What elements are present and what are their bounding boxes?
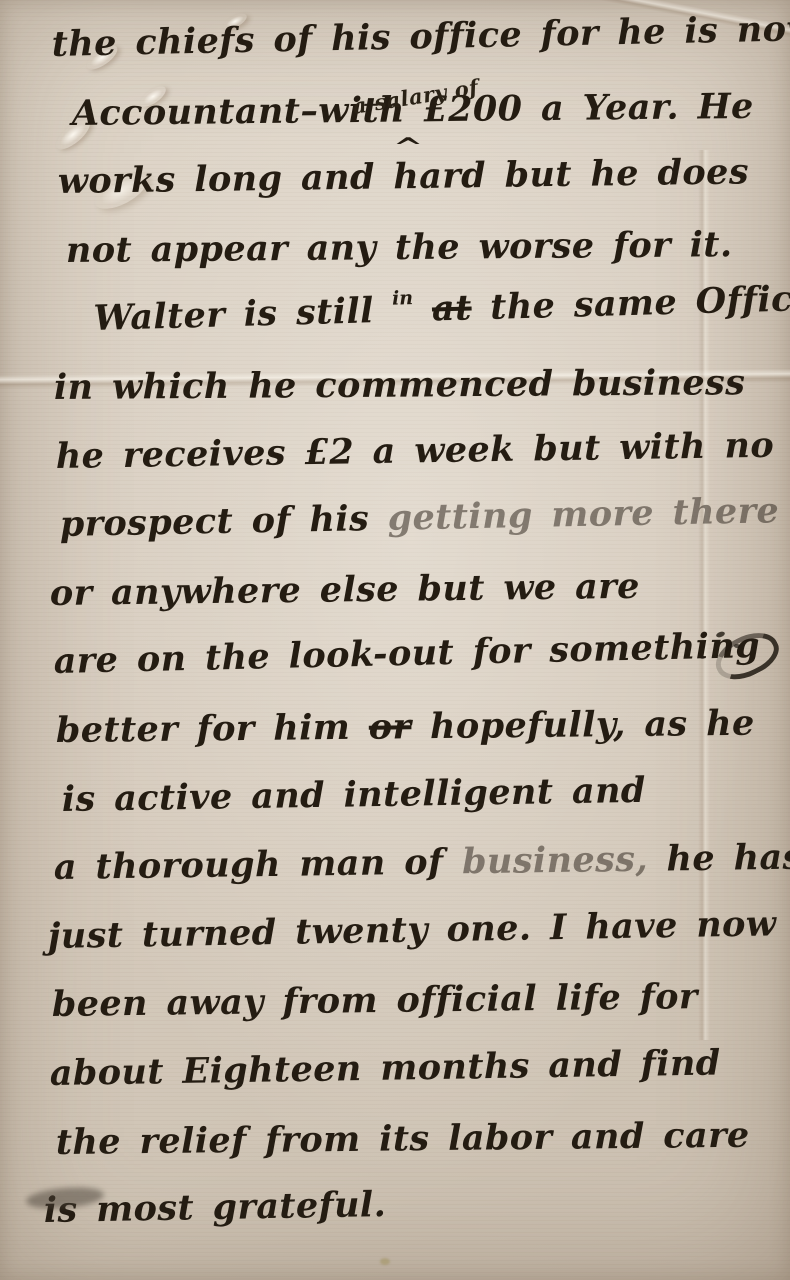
- letter-text: prospect of his: [59, 498, 388, 545]
- letter-line-16: about Eighteen months and find: [49, 1042, 752, 1122]
- letter-text: been away from official life for: [52, 976, 698, 1025]
- letter-line-6: in which he commenced business: [54, 362, 752, 435]
- letter-text: or anywhere else but we are: [50, 566, 640, 614]
- letter-line-12: is active and intelligent and: [61, 768, 752, 847]
- letter-line-13: a thorough man of business, he has: [54, 837, 753, 915]
- ink-blot-dot: [734, 644, 740, 648]
- letter-text: not appear any the worse for it.: [66, 224, 733, 271]
- letter-line-8: prospect of his getting more there: [59, 491, 752, 573]
- letter-text: the same Office: [471, 278, 790, 329]
- caret-mark: ^: [393, 132, 423, 161]
- letter-text: [413, 289, 433, 331]
- letter-line-14: just turned twenty one. I have now: [47, 903, 752, 984]
- letter-line-3: works long and hard but he does: [58, 152, 753, 230]
- letter-text: hopefully, as he: [411, 703, 755, 748]
- letter-text: is active and intelligent and: [61, 769, 646, 819]
- inserted-word: in: [392, 287, 414, 310]
- faded-text: business,: [462, 839, 648, 883]
- letter-text: the relief from its labor and care: [56, 1114, 750, 1162]
- letter-line-10: are on the look-out for something: [53, 626, 752, 710]
- letter-text: a thorough man of: [54, 841, 463, 888]
- faded-text: getting more there: [387, 490, 779, 539]
- letter-text: in which he commenced business: [54, 362, 746, 408]
- paper-stain: [380, 1258, 390, 1265]
- letter-body: the chiefs of his office for he is nowAc…: [62, 24, 752, 1259]
- struck-out-word: at: [431, 288, 472, 330]
- letter-line-1: the chiefs of his office for he is now: [51, 9, 752, 92]
- ink-blot-dot: [700, 656, 705, 659]
- letter-page: the chiefs of his office for he is nowAc…: [0, 0, 790, 1280]
- letter-text: he has: [648, 837, 790, 880]
- letter-line-11: better for him or hopefully, as he: [56, 703, 753, 779]
- struck-out-word: or: [369, 706, 412, 747]
- letter-text: Walter is still: [93, 290, 393, 339]
- letter-line-18: is most grateful.: [43, 1178, 752, 1259]
- letter-text: the chiefs of his office for he is now: [51, 8, 790, 65]
- letter-line-15: been away from official life for: [52, 976, 753, 1053]
- letter-text: better for him: [56, 707, 369, 751]
